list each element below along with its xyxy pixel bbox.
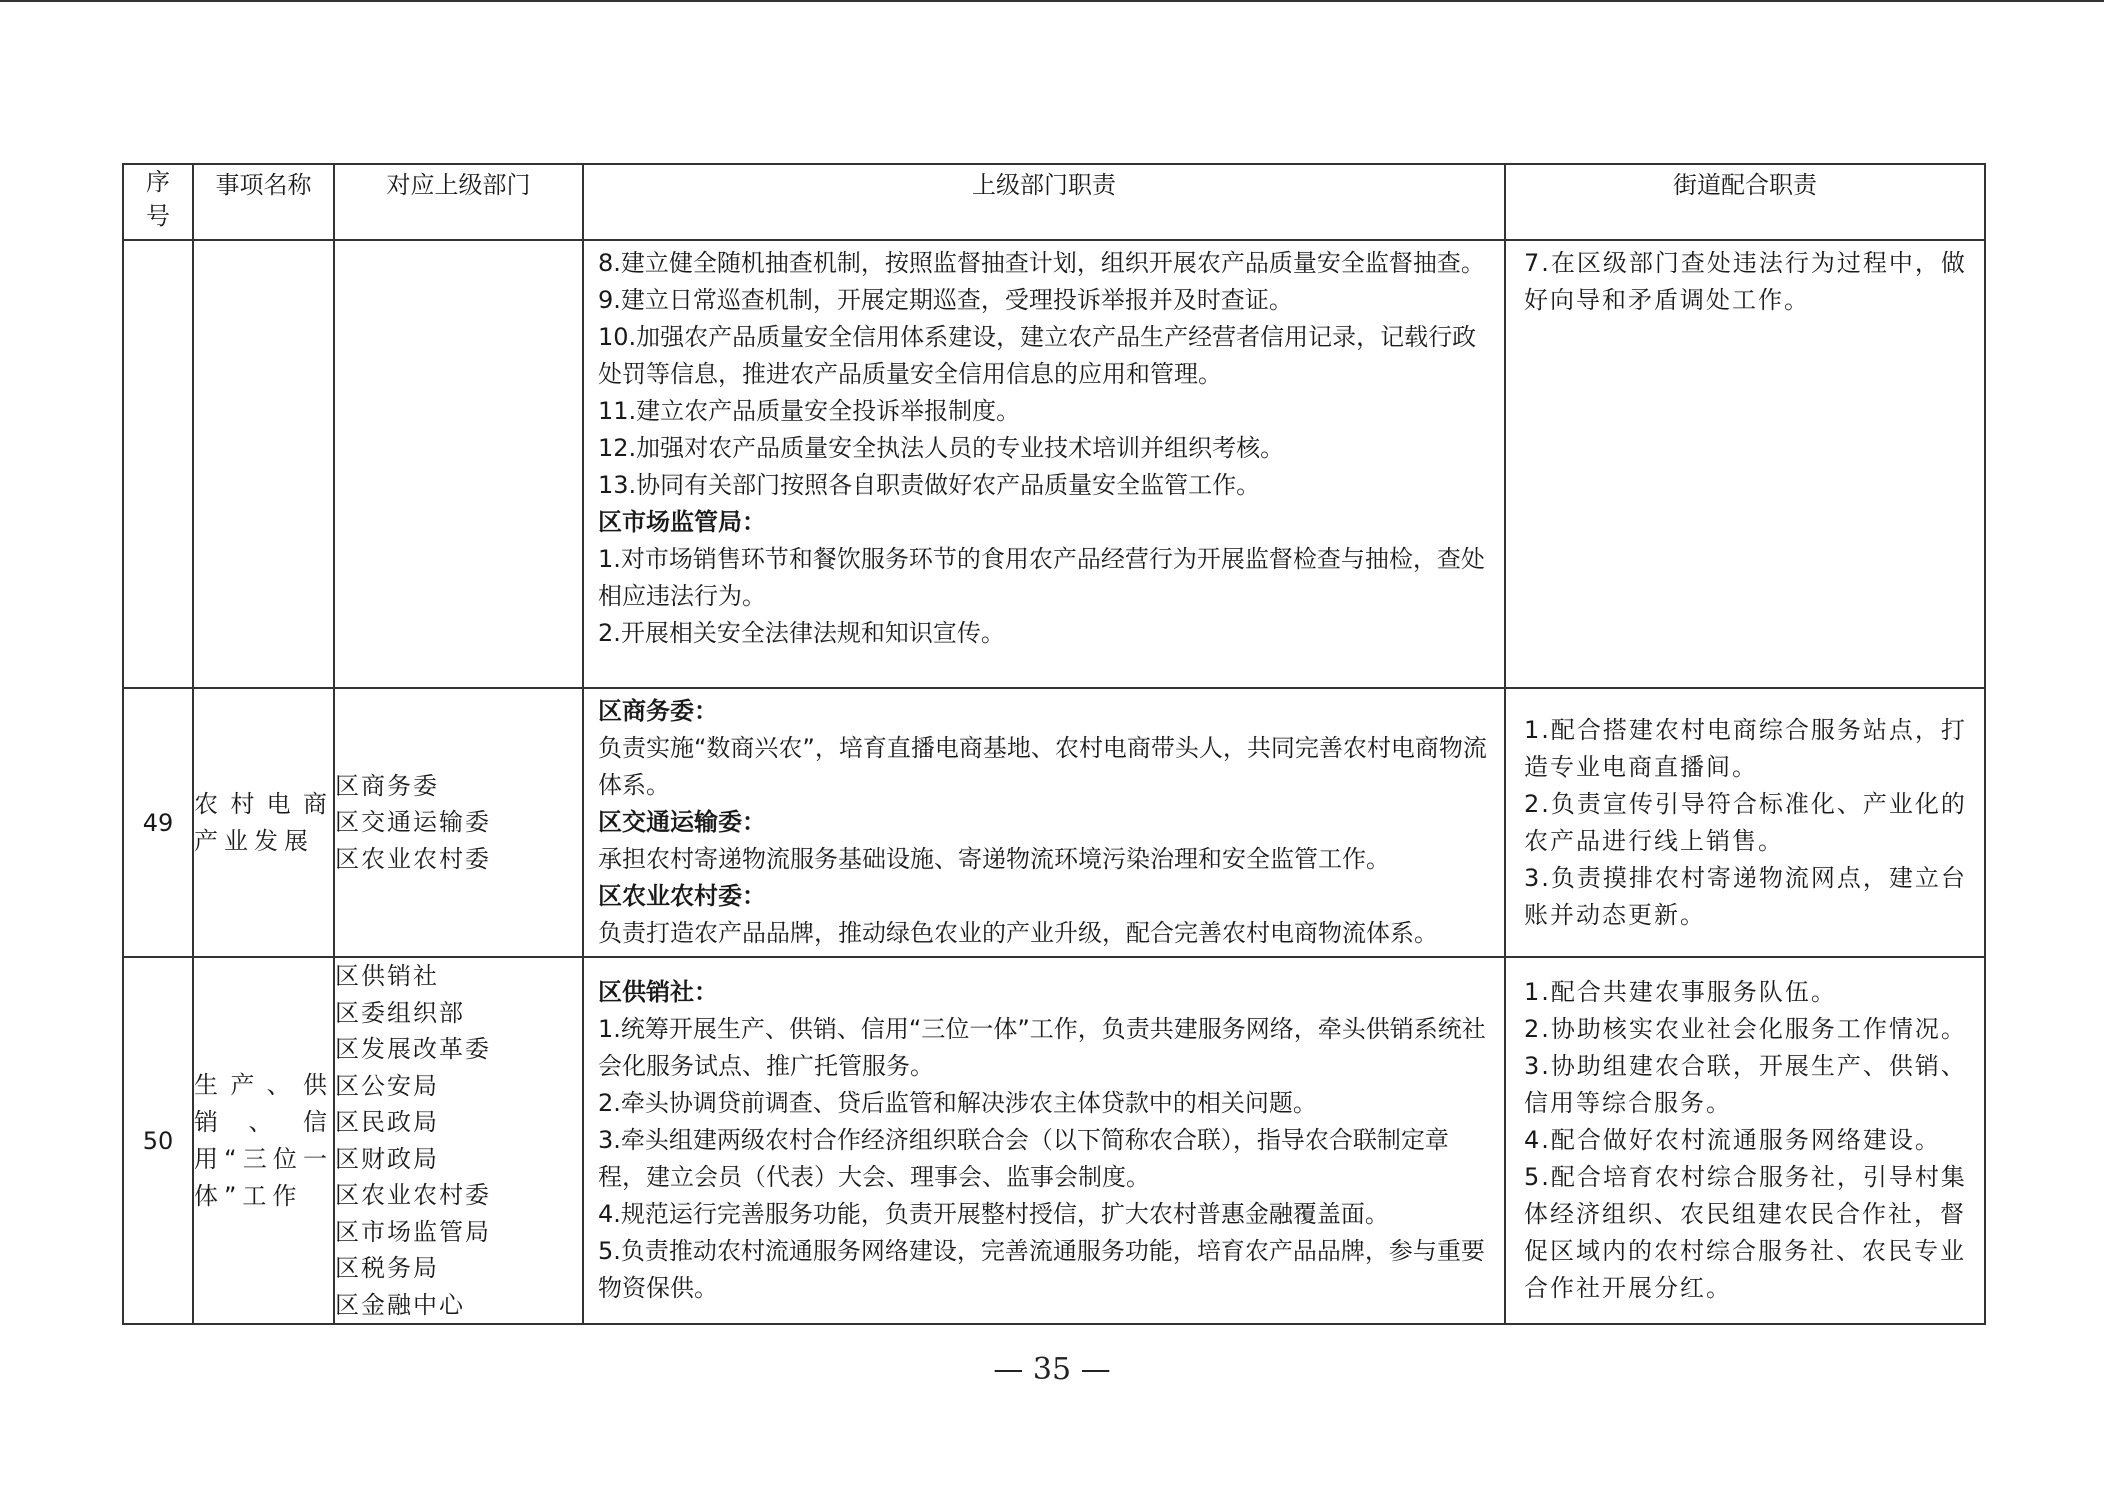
table-row: 8.建立健全随机抽查机制，按照监督抽查计划，组织开展农产品质量安全监督抽查。 9… bbox=[123, 240, 1985, 688]
duty-line: 8.建立健全随机抽查机制，按照监督抽查计划，组织开展农产品质量安全监督抽查。 bbox=[598, 245, 1492, 282]
dept-item: 区交通运输委 bbox=[335, 804, 582, 841]
header-street-duty: 街道配合职责 bbox=[1505, 164, 1985, 240]
header-superior-duty: 上级部门职责 bbox=[583, 164, 1505, 240]
dept-item: 区委组织部 bbox=[335, 995, 582, 1032]
street-duty-line: 3.负责摸排农村寄递物流网点，建立台账并动态更新。 bbox=[1524, 860, 1972, 934]
row-number: 50 bbox=[123, 957, 193, 1324]
table-row: 50 生产、供销、信用“三位一体”工作 区供销社 区委组织部 区发展改革委 区公… bbox=[123, 957, 1985, 1324]
street-duty-cell: 7.在区级部门查处违法行为过程中，做好向导和矛盾调处工作。 bbox=[1505, 240, 1985, 688]
dept-item: 区金融中心 bbox=[335, 1287, 582, 1324]
dept-item: 区农业农村委 bbox=[335, 1177, 582, 1214]
dept-item: 区市场监管局 bbox=[335, 1214, 582, 1251]
street-duty-line: 3.协助组建农合联，开展生产、供销、信用等综合服务。 bbox=[1524, 1048, 1972, 1122]
item-name: 农村电商产业发展 bbox=[193, 688, 334, 957]
item-name bbox=[193, 240, 334, 688]
street-duty-line: 4.配合做好农村流通服务网络建设。 bbox=[1524, 1122, 1972, 1159]
duty-dept-heading: 区供销社： bbox=[598, 974, 1492, 1011]
page-top-rule bbox=[0, 0, 2104, 2]
street-duty-line: 2.协助核实农业社会化服务工作情况。 bbox=[1524, 1011, 1972, 1048]
duty-dept-heading: 区商务委： bbox=[598, 693, 1492, 730]
header-item-name: 事项名称 bbox=[193, 164, 334, 240]
header-no: 序 号 bbox=[123, 164, 193, 240]
dept-item: 区民政局 bbox=[335, 1104, 582, 1141]
dept-item: 区财政局 bbox=[335, 1141, 582, 1178]
duty-line: 1.对市场销售环节和餐饮服务环节的食用农产品经营行为开展监督检查与抽检，查处相应… bbox=[598, 541, 1492, 615]
street-duty-line: 1.配合搭建农村电商综合服务站点，打造专业电商直播间。 bbox=[1524, 712, 1972, 786]
duty-dept-heading: 区农业农村委： bbox=[598, 878, 1492, 915]
superior-duty-cell: 区供销社： 1.统筹开展生产、供销、信用“三位一体”工作，负责共建服务网络，牵头… bbox=[583, 957, 1505, 1324]
street-duty-line: 5.配合培育农村综合服务社，引导村集体经济组织、农民组建农民合作社，督促区域内的… bbox=[1524, 1159, 1972, 1307]
duty-line: 1.统筹开展生产、供销、信用“三位一体”工作，负责共建服务网络，牵头供销系统社会… bbox=[598, 1011, 1492, 1085]
superior-duty-cell: 8.建立健全随机抽查机制，按照监督抽查计划，组织开展农产品质量安全监督抽查。 9… bbox=[583, 240, 1505, 688]
duty-line: 5.负责推动农村流通服务网络建设，完善流通服务功能，培育农产品品牌，参与重要物资… bbox=[598, 1233, 1492, 1307]
duty-line: 11.建立农产品质量安全投诉举报制度。 bbox=[598, 393, 1492, 430]
duty-line: 2.开展相关安全法律法规和知识宣传。 bbox=[598, 615, 1492, 652]
street-duty-line: 2.负责宣传引导符合标准化、产业化的农产品进行线上销售。 bbox=[1524, 786, 1972, 860]
duty-dept-heading: 区市场监管局： bbox=[598, 504, 1492, 541]
duty-line: 负责打造农产品品牌，推动绿色农业的产业升级，配合完善农村电商物流体系。 bbox=[598, 915, 1492, 952]
duty-line: 9.建立日常巡查机制，开展定期巡查，受理投诉举报并及时查证。 bbox=[598, 282, 1492, 319]
superior-dept-list: 区商务委 区交通运输委 区农业农村委 bbox=[334, 688, 583, 957]
duty-line: 承担农村寄递物流服务基础设施、寄递物流环境污染治理和安全监管工作。 bbox=[598, 841, 1492, 878]
duty-table: 序 号 事项名称 对应上级部门 上级部门职责 街道配合职责 8.建立健全随机抽查… bbox=[122, 163, 1986, 1325]
street-duty-cell: 1.配合搭建农村电商综合服务站点，打造专业电商直播间。 2.负责宣传引导符合标准… bbox=[1505, 688, 1985, 957]
table-row: 49 农村电商产业发展 区商务委 区交通运输委 区农业农村委 区商务委： 负责实… bbox=[123, 688, 1985, 957]
row-number: 49 bbox=[123, 688, 193, 957]
superior-dept-list: 区供销社 区委组织部 区发展改革委 区公安局 区民政局 区财政局 区农业农村委 … bbox=[334, 957, 583, 1324]
superior-dept-list bbox=[334, 240, 583, 688]
header-no-line-2: 号 bbox=[146, 199, 170, 233]
item-name: 生产、供销、信用“三位一体”工作 bbox=[193, 957, 334, 1324]
table-header-row: 序 号 事项名称 对应上级部门 上级部门职责 街道配合职责 bbox=[123, 164, 1985, 240]
street-duty-line: 1.配合共建农事服务队伍。 bbox=[1524, 974, 1972, 1011]
duty-dept-heading: 区交通运输委： bbox=[598, 804, 1492, 841]
dept-item: 区供销社 bbox=[335, 958, 582, 995]
dept-item: 区农业农村委 bbox=[335, 841, 582, 878]
street-duty-line: 7.在区级部门查处违法行为过程中，做好向导和矛盾调处工作。 bbox=[1524, 245, 1972, 319]
duty-line: 4.规范运行完善服务功能，负责开展整村授信，扩大农村普惠金融覆盖面。 bbox=[598, 1196, 1492, 1233]
duty-line: 负责实施“数商兴农”，培育直播电商基地、农村电商带头人，共同完善农村电商物流体系… bbox=[598, 730, 1492, 804]
duty-line: 12.加强对农产品质量安全执法人员的专业技术培训并组织考核。 bbox=[598, 430, 1492, 467]
duty-line: 2.牵头协调贷前调查、贷后监管和解决涉农主体贷款中的相关问题。 bbox=[598, 1085, 1492, 1122]
dept-item: 区发展改革委 bbox=[335, 1031, 582, 1068]
row-number bbox=[123, 240, 193, 688]
dept-item: 区商务委 bbox=[335, 768, 582, 805]
page-number: — 35 — bbox=[0, 1352, 2104, 1387]
street-duty-cell: 1.配合共建农事服务队伍。 2.协助核实农业社会化服务工作情况。 3.协助组建农… bbox=[1505, 957, 1985, 1324]
duty-line: 13.协同有关部门按照各自职责做好农产品质量安全监管工作。 bbox=[598, 467, 1492, 504]
header-no-line-1: 序 bbox=[146, 165, 170, 199]
superior-duty-cell: 区商务委： 负责实施“数商兴农”，培育直播电商基地、农村电商带头人，共同完善农村… bbox=[583, 688, 1505, 957]
dept-item: 区公安局 bbox=[335, 1068, 582, 1105]
dept-item: 区税务局 bbox=[335, 1250, 582, 1287]
duty-line: 3.牵头组建两级农村合作经济组织联合会（以下简称农合联），指导农合联制定章程，建… bbox=[598, 1122, 1492, 1196]
duty-line: 10.加强农产品质量安全信用体系建设，建立农产品生产经营者信用记录，记载行政处罚… bbox=[598, 319, 1492, 393]
header-superior-dept: 对应上级部门 bbox=[334, 164, 583, 240]
